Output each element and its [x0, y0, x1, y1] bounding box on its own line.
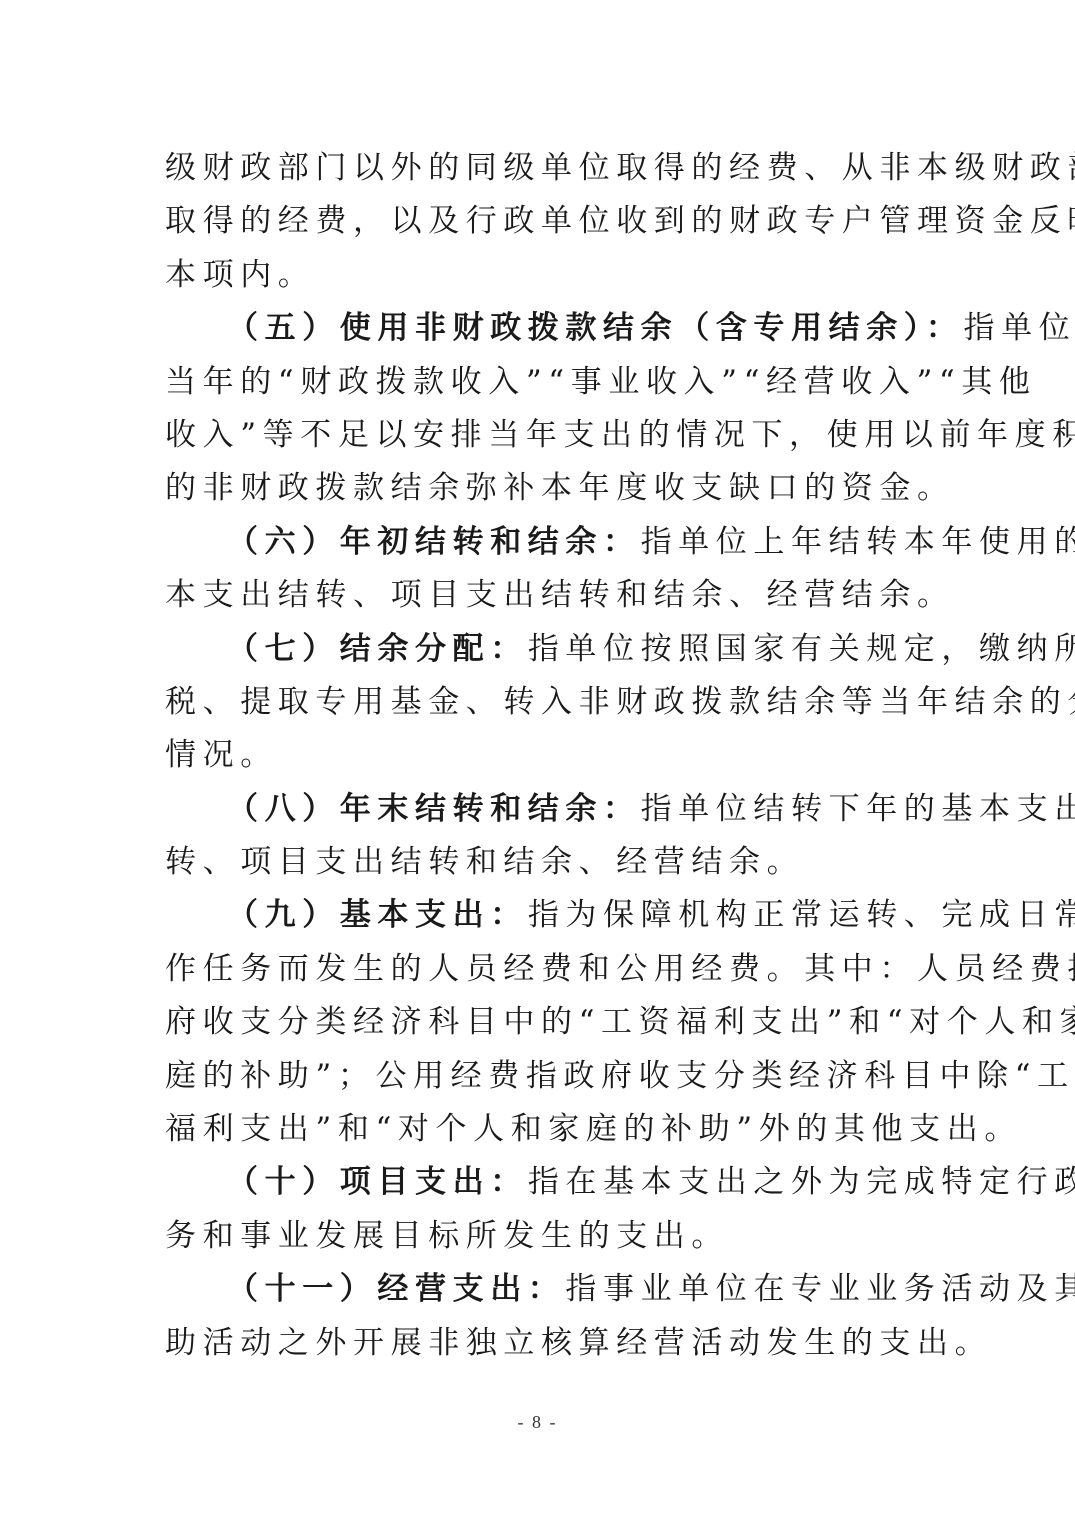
item-text: 指为保障机构正常运转、完成日常工 — [528, 897, 1075, 933]
item-text: 指事业单位在专业业务活动及其辅 — [565, 1271, 1075, 1307]
text-line: 情况。 — [165, 729, 925, 782]
item-heading: （九）基本支出： — [227, 897, 528, 933]
text-line: 转、项目支出结转和结余、经营结余。 — [165, 836, 925, 889]
paragraph-item-8: （八）年末结转和结余：指单位结转下年的基本支出结 转、项目支出结转和结余、经营结… — [165, 783, 925, 890]
text-line: （十）项目支出：指在基本支出之外为完成特定行政任 — [165, 1156, 925, 1209]
paragraph-item-10: （十）项目支出：指在基本支出之外为完成特定行政任 务和事业发展目标所发生的支出。 — [165, 1156, 925, 1263]
paragraph-item-5: （五）使用非财政拨款结余（含专用结余）：指单位在 当年的“财政拨款收入”“事业收… — [165, 302, 925, 516]
item-text: 指单位按照国家有关规定，缴纳所得 — [528, 631, 1075, 667]
text-line: （五）使用非财政拨款结余（含专用结余）：指单位在 — [165, 302, 925, 355]
text-line: （六）年初结转和结余：指单位上年结转本年使用的基 — [165, 516, 925, 569]
text-line: 取得的经费，以及行政单位收到的财政专户管理资金反映在 — [165, 195, 925, 248]
text-line: 本支出结转、项目支出结转和结余、经营结余。 — [165, 569, 925, 622]
text-line: 作任务而发生的人员经费和公用经费。其中：人员经费指政 — [165, 943, 925, 996]
text-line: 当年的“财政拨款收入”“事业收入”“经营收入”“其他 — [165, 356, 925, 409]
item-heading: （六）年初结转和结余： — [227, 524, 641, 560]
text-line: （九）基本支出：指为保障机构正常运转、完成日常工 — [165, 889, 925, 942]
text-line: （十一）经营支出：指事业单位在专业业务活动及其辅 — [165, 1263, 925, 1316]
text-line: 的非财政拨款结余弥补本年度收支缺口的资金。 — [165, 462, 925, 515]
paragraph-item-11: （十一）经营支出：指事业单位在专业业务活动及其辅 助活动之外开展非独立核算经营活… — [165, 1263, 925, 1370]
text-line: 务和事业发展目标所发生的支出。 — [165, 1210, 925, 1263]
text-line: 税、提取专用基金、转入非财政拨款结余等当年结余的分配 — [165, 676, 925, 729]
text-line: 助活动之外开展非独立核算经营活动发生的支出。 — [165, 1317, 925, 1370]
paragraph-continuation: 级财政部门以外的同级单位取得的经费、从非本级财政部门 取得的经费，以及行政单位收… — [165, 142, 925, 302]
item-text: 指在基本支出之外为完成特定行政任 — [528, 1164, 1075, 1200]
item-text: 指单位在 — [964, 310, 1075, 346]
text-line: 府收支分类经济科目中的“工资福利支出”和“对个人和家 — [165, 996, 925, 1049]
paragraph-item-6: （六）年初结转和结余：指单位上年结转本年使用的基 本支出结转、项目支出结转和结余… — [165, 516, 925, 623]
text-line: 级财政部门以外的同级单位取得的经费、从非本级财政部门 — [165, 142, 925, 195]
item-heading: （十）项目支出： — [227, 1164, 528, 1200]
text-line: 庭的补助”；公用经费指政府收支分类经济科目中除“工资 — [165, 1050, 925, 1103]
item-text: 指单位上年结转本年使用的基 — [641, 524, 1075, 560]
text-line: 收入”等不足以安排当年支出的情况下，使用以前年度积累 — [165, 409, 925, 462]
page-number: - 8 - — [0, 1412, 1075, 1433]
item-heading: （七）结余分配： — [227, 631, 528, 667]
text-line: 本项内。 — [165, 249, 925, 302]
body-text: 级财政部门以外的同级单位取得的经费、从非本级财政部门 取得的经费，以及行政单位收… — [165, 142, 925, 1370]
item-heading: （五）使用非财政拨款结余（含专用结余）： — [227, 310, 964, 346]
item-text: 指单位结转下年的基本支出结 — [641, 791, 1075, 827]
paragraph-item-9: （九）基本支出：指为保障机构正常运转、完成日常工 作任务而发生的人员经费和公用经… — [165, 889, 925, 1156]
text-line: （八）年末结转和结余：指单位结转下年的基本支出结 — [165, 783, 925, 836]
item-heading: （十一）经营支出： — [227, 1271, 565, 1307]
text-line: （七）结余分配：指单位按照国家有关规定，缴纳所得 — [165, 623, 925, 676]
item-heading: （八）年末结转和结余： — [227, 791, 641, 827]
text-line: 福利支出”和“对个人和家庭的补助”外的其他支出。 — [165, 1103, 925, 1156]
document-page: 级财政部门以外的同级单位取得的经费、从非本级财政部门 取得的经费，以及行政单位收… — [0, 0, 1075, 1520]
paragraph-item-7: （七）结余分配：指单位按照国家有关规定，缴纳所得 税、提取专用基金、转入非财政拨… — [165, 623, 925, 783]
